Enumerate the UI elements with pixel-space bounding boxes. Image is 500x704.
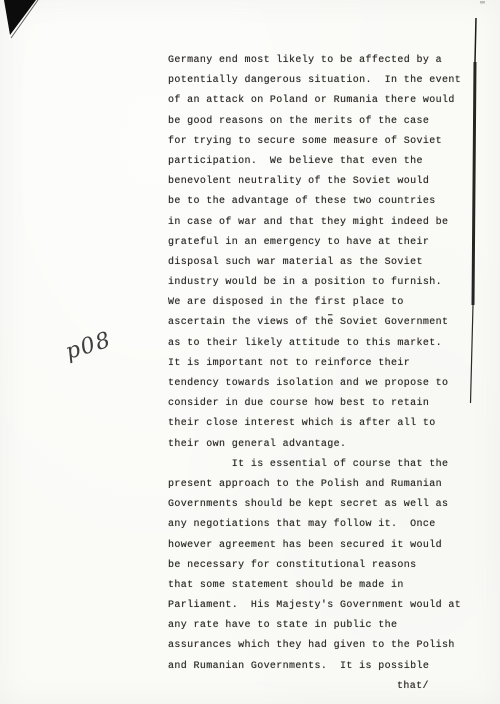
handwritten-annotation: p08 (63, 327, 115, 365)
text-line: any rate have to state in public the (168, 616, 478, 636)
text-line: of an attack on Poland or Rumania there … (168, 91, 478, 111)
text-line: ascertain the views of the Soviet Govern… (168, 313, 478, 333)
text-line: tendency towards isolation and we propos… (168, 374, 478, 394)
text-line: participation. We believe that even the (168, 152, 478, 172)
text-line: assurances which they had given to the P… (168, 636, 478, 656)
text-line: It is essential of course that the (168, 455, 478, 475)
text-line: We are disposed in the first place to (168, 293, 478, 313)
text-line: It is important not to reinforce their (168, 354, 478, 374)
text-line: as to their likely attitude to this mark… (168, 334, 478, 354)
text-line: for trying to secure some measure of Sov… (168, 132, 478, 152)
corner-fold-artifact (4, 0, 36, 35)
text-line: industry would be in a position to furni… (168, 273, 478, 293)
edge-speck (480, 1, 485, 4)
text-line: however agreement has been secured it wo… (168, 536, 478, 556)
text-line: present approach to the Polish and Ruman… (168, 475, 478, 495)
text-line: be good reasons on the merits of the cas… (168, 112, 478, 132)
text-line: grateful in an emergency to have at thei… (168, 233, 478, 253)
text-line: any negotiations that may follow it. Onc… (168, 515, 478, 535)
catchword: that/ (168, 677, 478, 697)
text-line: their close interest which is after all … (168, 414, 478, 434)
corner-fold-streak (11, 0, 38, 38)
text-line: in case of war and that they might indee… (168, 213, 478, 233)
text-line: their own general advantage. (168, 435, 478, 455)
text-line: Governments should be kept secret as wel… (168, 495, 478, 515)
text-line: be necessary for constitutional reasons (168, 556, 478, 576)
text-line: Parliament. His Majesty's Government wou… (168, 596, 478, 616)
text-line: benevolent neutrality of the Soviet woul… (168, 172, 478, 192)
text-line: and Rumanian Governments. It is possible (168, 657, 478, 677)
text-line: be to the advantage of these two countri… (168, 192, 478, 212)
scanned-document-page: p08 Germany end most likely to be affect… (0, 0, 500, 704)
text-line: that some statement should be made in (168, 576, 478, 596)
text-line: consider in due course how best to retai… (168, 394, 478, 414)
text-line: Germany end most likely to be affected b… (168, 51, 478, 71)
text-line: disposal such war material as the Soviet (168, 253, 478, 273)
typed-lines: Germany end most likely to be affected b… (168, 51, 478, 677)
text-line: potentially dangerous situation. In the … (168, 71, 478, 91)
typed-text-block: Germany end most likely to be affected b… (168, 51, 478, 697)
